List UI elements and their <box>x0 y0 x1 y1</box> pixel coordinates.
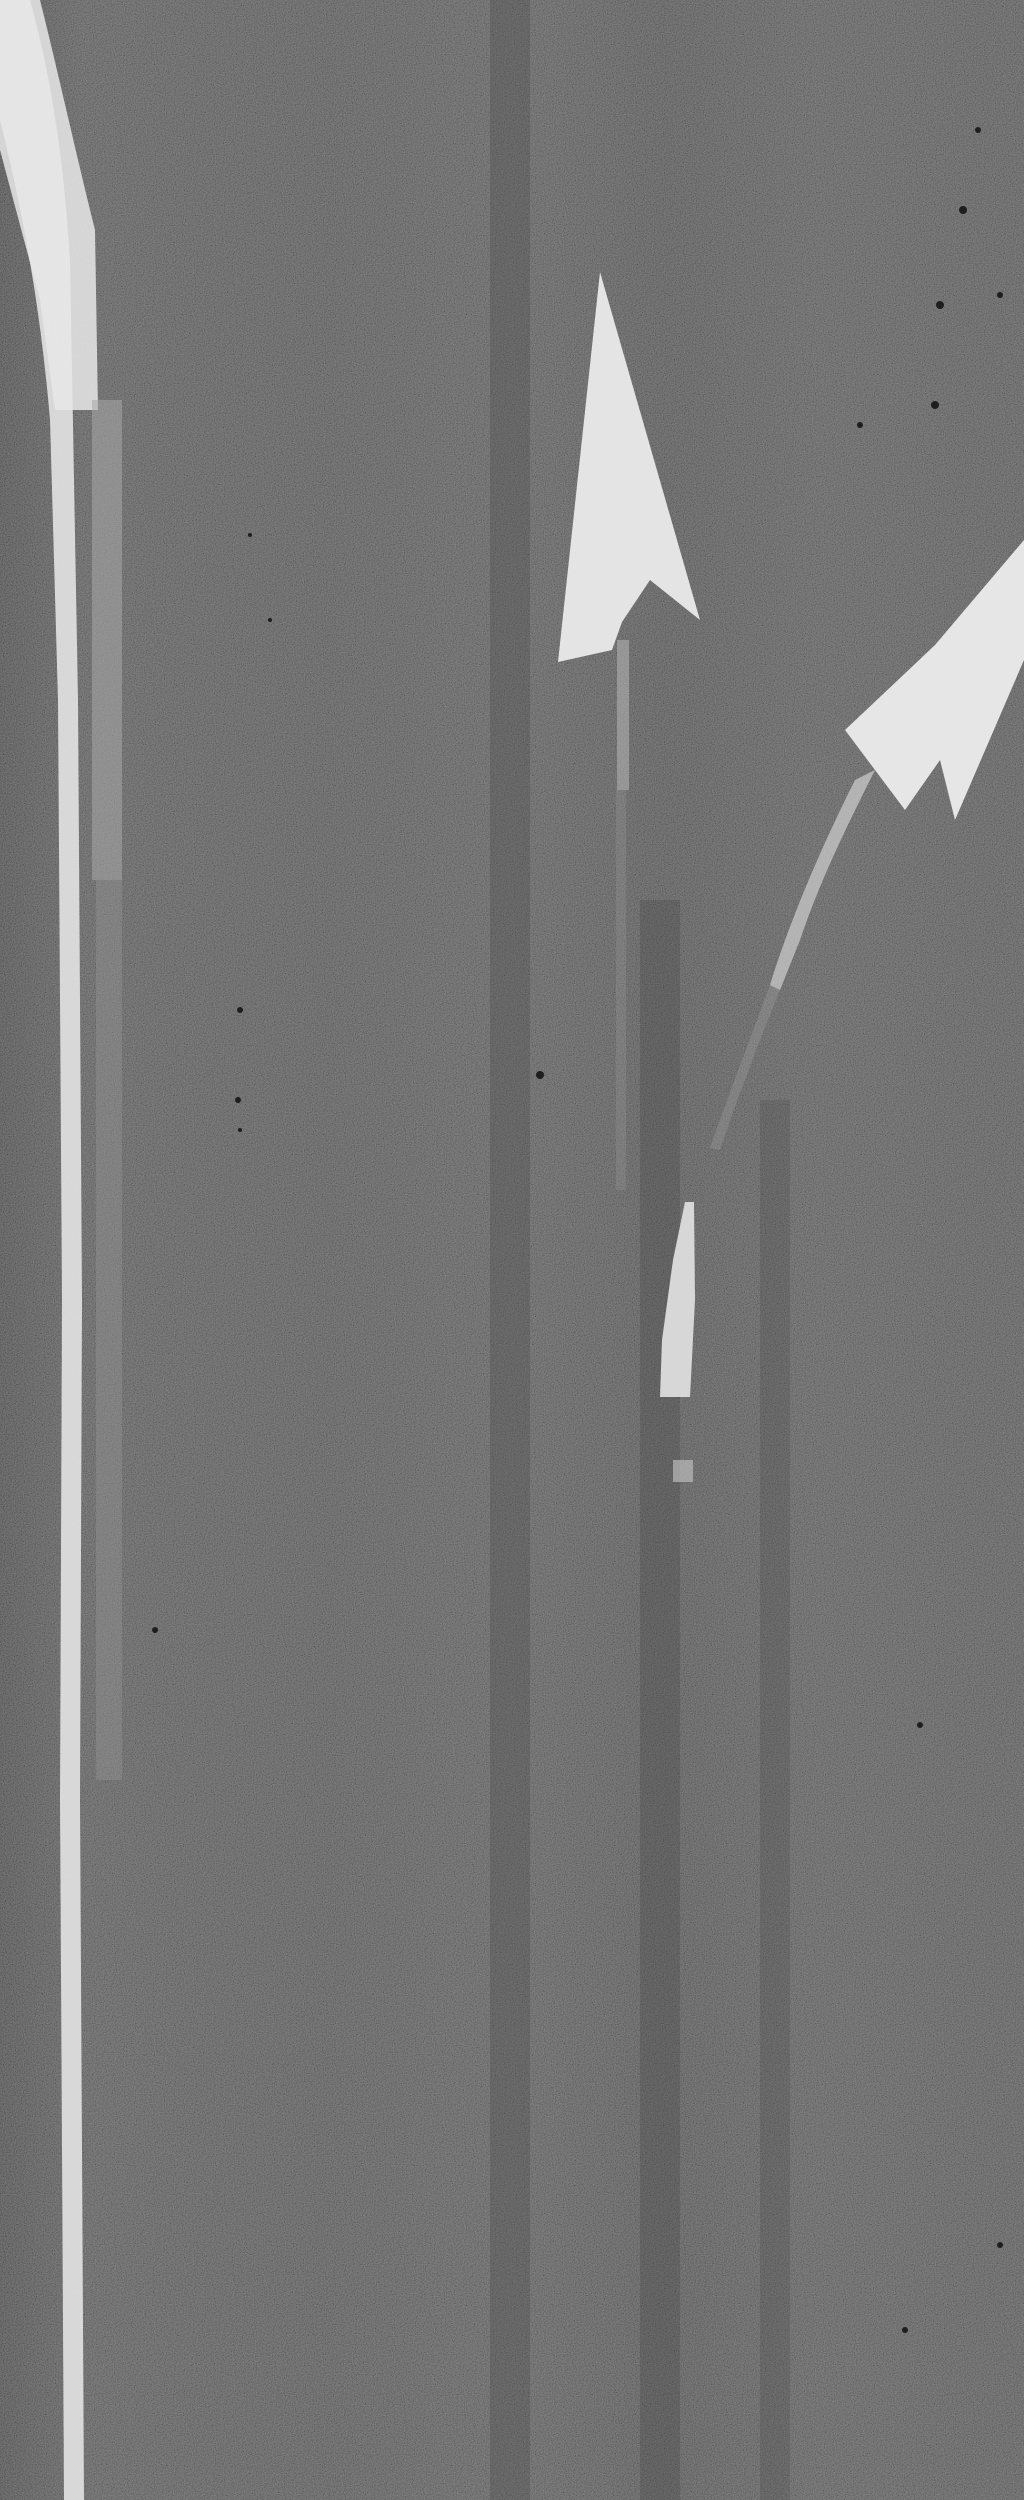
left-faded-line-lower <box>96 880 122 1780</box>
wheel-track <box>490 0 530 2500</box>
left-faded-line <box>92 400 122 880</box>
road-surface-photo <box>0 0 1024 2500</box>
wheel-track <box>760 1100 790 2500</box>
wheel-track <box>640 900 680 2500</box>
